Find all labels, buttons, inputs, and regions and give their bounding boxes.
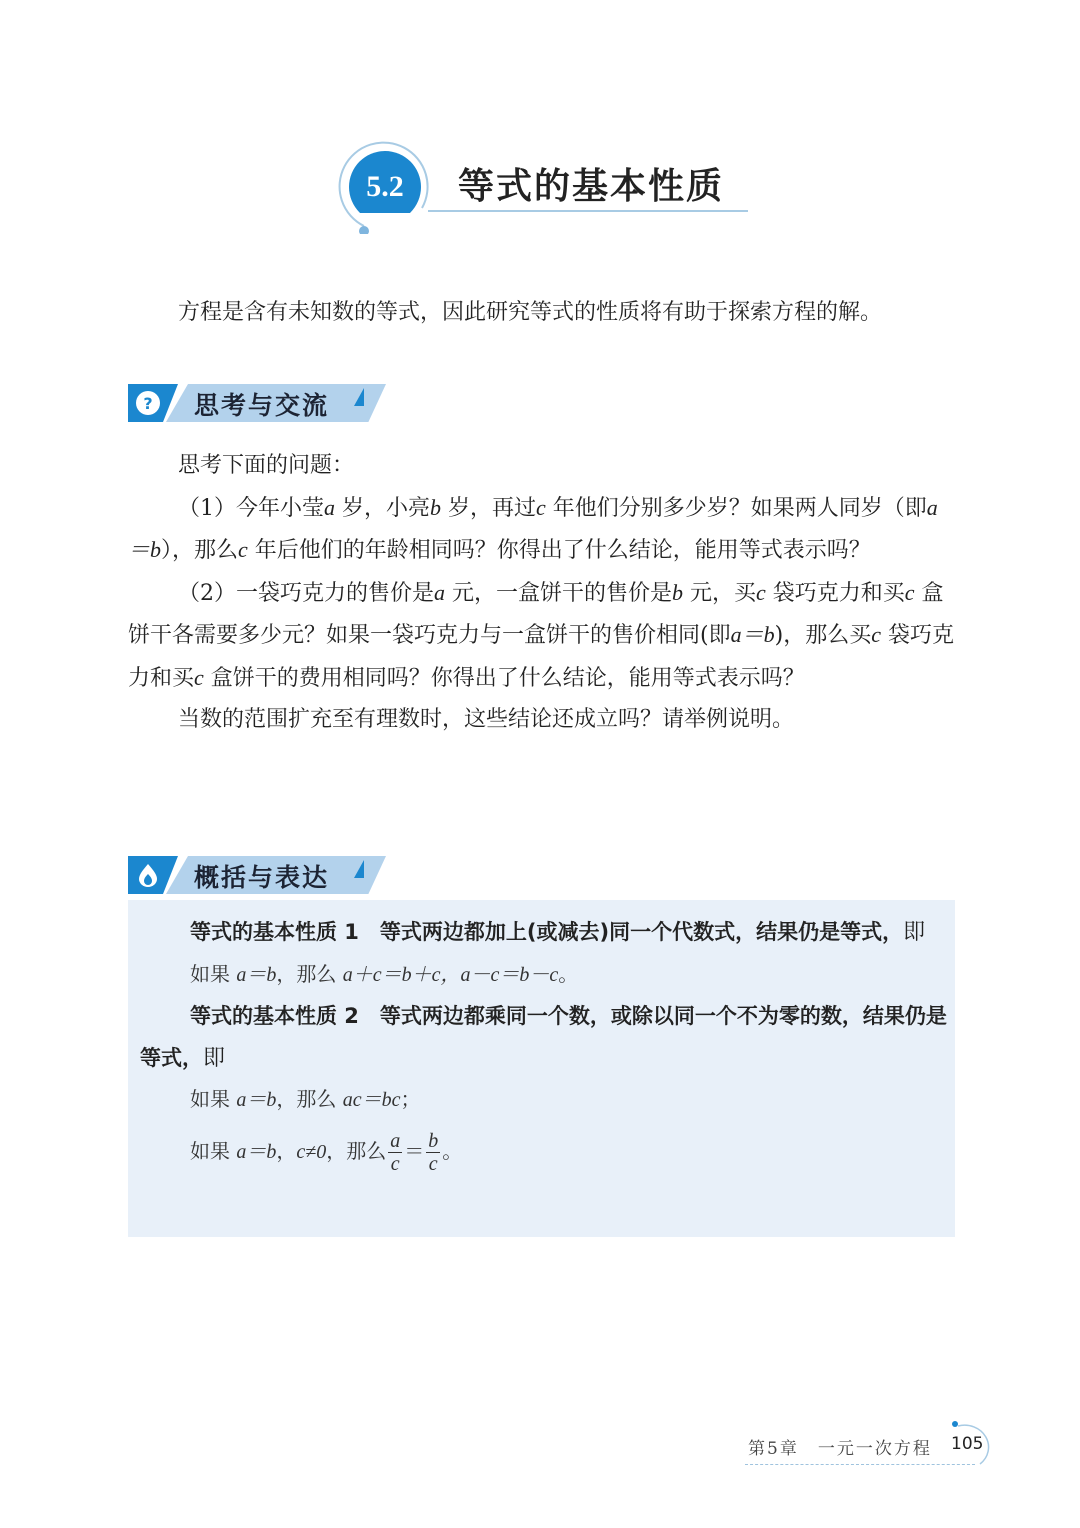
think-exchange-banner: ? 思考与交流 <box>128 384 368 422</box>
summary-content: 等式的基本性质 1 等式两边都加上(或减去)同一个代数式，结果仍是等式，即 如果… <box>140 912 950 1175</box>
question-cycle-icon: ? <box>136 391 160 415</box>
banner-triangle-decoration <box>354 860 364 878</box>
footer-arc-decoration <box>950 1420 990 1470</box>
think-exchange-content: 思考下面的问题： （1）今年小莹a 岁，小亮b 岁，再过c 年他们分别多少岁？如… <box>128 445 958 741</box>
property-2-formula-1: 如果 a＝b，那么 ac＝bc； <box>140 1079 950 1122</box>
property-1: 等式的基本性质 1 等式两边都加上(或减去)同一个代数式，结果仍是等式，即 <box>140 912 950 954</box>
think-closing: 当数的范围扩充至有理数时，这些结论还成立吗？请举例说明。 <box>128 699 958 741</box>
footer-divider <box>745 1464 975 1465</box>
summary-banner: 概括与表达 <box>128 856 368 894</box>
think-prompt: 思考下面的问题： <box>128 445 958 487</box>
section-number-badge: 5.2 <box>349 151 421 223</box>
section-underline <box>428 210 748 212</box>
property-2: 等式的基本性质 2 等式两边都乘同一个数，或除以同一个不为零的数，结果仍是等式，… <box>140 996 950 1079</box>
banner-triangle-decoration <box>354 388 364 406</box>
fraction-b-over-c: bc <box>426 1130 440 1175</box>
footer-chapter: 第5章 一元一次方程 <box>748 1434 932 1459</box>
question-2: （2）一袋巧克力的售价是a 元，一盒饼干的售价是b 元，买c 袋巧克力和买c 盒… <box>128 572 958 700</box>
flame-icon <box>136 862 160 888</box>
property-1-formula: 如果 a＝b，那么 a＋c＝b＋c，a－c＝b－c。 <box>140 954 950 997</box>
summary-heading: 概括与表达 <box>194 858 329 894</box>
fraction-a-over-c: ac <box>388 1130 402 1175</box>
question-1: （1）今年小莹a 岁，小亮b 岁，再过c 年他们分别多少岁？如果两人同岁（即a＝… <box>128 487 958 572</box>
property-1-statement: 等式两边都加上(或减去)同一个代数式，结果仍是等式， <box>380 920 903 944</box>
intro-paragraph: 方程是含有未知数的等式，因此研究等式的性质将有助于探索方程的解。 <box>178 292 958 334</box>
property-2-title: 等式的基本性质 2 <box>190 1004 359 1028</box>
section-title: 等式的基本性质 <box>458 158 724 209</box>
property-2-formula-2: 如果 a＝b，c≠0，那么ac＝bc。 <box>140 1130 950 1175</box>
think-exchange-heading: 思考与交流 <box>194 386 329 422</box>
property-1-title: 等式的基本性质 1 <box>190 920 359 944</box>
